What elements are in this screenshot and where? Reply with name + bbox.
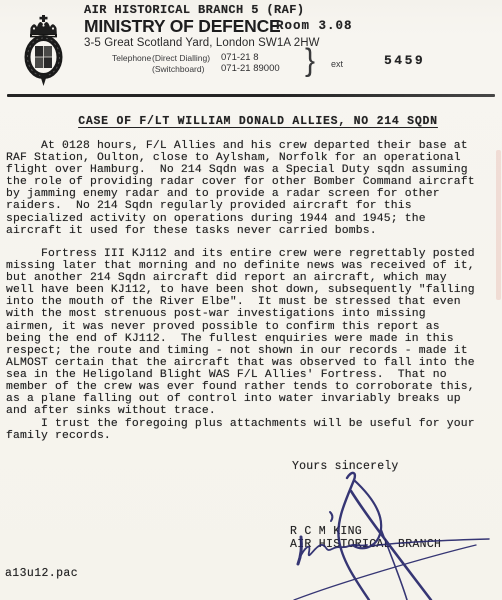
- signatory-branch: AIR HISTORICAL BRANCH: [290, 538, 441, 551]
- extension-label: ext: [331, 59, 343, 69]
- scan-artifact: [496, 150, 501, 300]
- switchboard-number: 071-21 89000: [221, 63, 280, 74]
- direct-dialling-label: (Direct Dialling): [152, 53, 210, 63]
- paragraph-3: I trust the foregoing plus attachments w…: [6, 418, 498, 442]
- paragraph-1: At 0128 hours, F/L Allies and his crew d…: [6, 140, 498, 237]
- signatory-name: R C M KING: [290, 525, 362, 538]
- signoff-text: Yours sincerely: [292, 460, 399, 473]
- room-number: Room 3.08: [276, 19, 353, 33]
- document-reference: a13u12.pac: [5, 567, 78, 580]
- branch-heading: AIR HISTORICAL BRANCH 5 (RAF): [84, 3, 304, 17]
- extension-number: 5459: [384, 53, 425, 68]
- direct-dialling-number: 071-21 8: [221, 52, 259, 63]
- letter-title: CASE OF F/LT WILLIAM DONALD ALLIES, NO 2…: [6, 115, 496, 128]
- telephone-label: Telephone: [112, 53, 151, 63]
- phone-brace: }: [305, 43, 315, 79]
- header-divider: [7, 94, 495, 97]
- letter-title-text: CASE OF F/LT WILLIAM DONALD ALLIES, NO 2…: [78, 115, 438, 128]
- scanned-letter-page: AIR HISTORICAL BRANCH 5 (RAF) MINISTRY O…: [0, 0, 502, 600]
- address-line: 3-5 Great Scotland Yard, London SW1A 2HW: [84, 37, 320, 49]
- ministry-title: MINISTRY OF DEFENCE: [84, 16, 281, 37]
- switchboard-label: (Switchboard): [152, 64, 204, 74]
- paragraph-2: Fortress III KJ112 and its entire crew w…: [6, 248, 498, 417]
- royal-crest-icon: [24, 15, 64, 87]
